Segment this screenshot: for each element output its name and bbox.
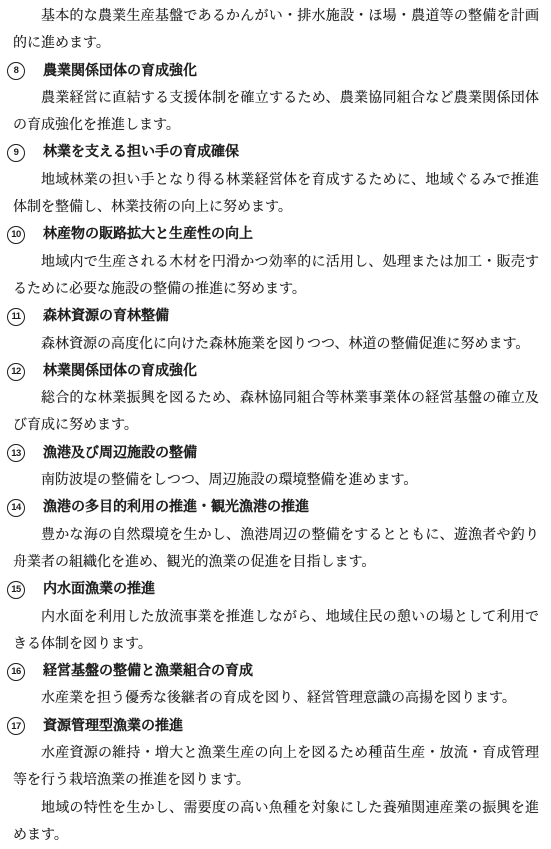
item-paragraph: 総合的な林業振興を図るため、森林協同組合等林業事業体の経営基盤の確立及び育成に努…: [13, 385, 539, 440]
item-heading: 9 林業を支える担い手の育成確保: [7, 139, 539, 166]
item-heading: 8 農業関係団体の育成強化: [7, 58, 539, 85]
item-paragraph: 水産業を担う優秀な後継者の育成を図り、経営管理意識の高揚を図ります。: [13, 685, 539, 712]
intro-paragraph: 基本的な農業生産基盤であるかんがい・排水施設・ほ場・農道等の整備を計画的に進めま…: [13, 3, 539, 58]
item-title: 漁港の多目的利用の推進・観光漁港の推進: [43, 494, 309, 521]
list-item: 12 林業関係団体の育成強化 総合的な林業振興を図るため、森林協同組合等林業事業…: [13, 358, 539, 440]
items-list: 8 農業関係団体の育成強化 農業経営に直結する支援体制を確立するため、農業協同組…: [13, 58, 539, 849]
circled-number: 16: [7, 663, 25, 681]
document-page: 基本的な農業生産基盤であるかんがい・排水施設・ほ場・農道等の整備を計画的に進めま…: [0, 0, 551, 849]
item-paragraph: 地域林業の担い手となり得る林業経営体を育成するために、地域ぐるみで推進体制を整備…: [13, 167, 539, 222]
item-title: 林業関係団体の育成強化: [43, 358, 197, 385]
item-heading: 14 漁港の多目的利用の推進・観光漁港の推進: [7, 494, 539, 521]
circled-number: 14: [7, 499, 25, 517]
list-item: 11 森林資源の育林整備 森林資源の高度化に向けた森林施業を図りつつ、林道の整備…: [13, 303, 539, 358]
item-title: 内水面漁業の推進: [43, 576, 155, 603]
list-item: 9 林業を支える担い手の育成確保 地域林業の担い手となり得る林業経営体を育成する…: [13, 139, 539, 221]
list-item: 16 経営基盤の整備と漁業組合の育成 水産業を担う優秀な後継者の育成を図り、経営…: [13, 658, 539, 713]
list-item: 15 内水面漁業の推進 内水面を利用した放流事業を推進しながら、地域住民の憩いの…: [13, 576, 539, 658]
item-paragraph: 内水面を利用した放流事業を推進しながら、地域住民の憩いの場として利用できる体制を…: [13, 604, 539, 659]
item-title: 経営基盤の整備と漁業組合の育成: [43, 658, 253, 685]
item-heading: 11 森林資源の育林整備: [7, 303, 539, 330]
item-paragraph: 南防波堤の整備をしつつ、周辺施設の環境整備を進めます。: [13, 467, 539, 494]
item-paragraph: 水産資源の維持・増大と漁業生産の向上を図るため種苗生産・放流・育成管理等を行う栽…: [13, 740, 539, 795]
item-heading: 10 林産物の販路拡大と生産性の向上: [7, 221, 539, 248]
circled-number: 17: [7, 717, 25, 735]
item-title: 漁港及び周辺施設の整備: [43, 440, 197, 467]
circled-number: 12: [7, 363, 25, 381]
list-item: 17 資源管理型漁業の推進 水産資源の維持・増大と漁業生産の向上を図るため種苗生…: [13, 713, 539, 849]
item-title: 資源管理型漁業の推進: [43, 713, 183, 740]
circled-number: 8: [7, 62, 25, 80]
item-heading: 12 林業関係団体の育成強化: [7, 358, 539, 385]
item-title: 森林資源の育林整備: [43, 303, 169, 330]
item-title: 林業を支える担い手の育成確保: [43, 139, 239, 166]
circled-number: 11: [7, 308, 25, 326]
circled-number: 15: [7, 581, 25, 599]
item-paragraph: 豊かな海の自然環境を生かし、漁港周辺の整備をするとともに、遊漁者や釣り舟業者の組…: [13, 522, 539, 577]
item-heading: 16 経営基盤の整備と漁業組合の育成: [7, 658, 539, 685]
item-title: 農業関係団体の育成強化: [43, 58, 197, 85]
list-item: 8 農業関係団体の育成強化 農業経営に直結する支援体制を確立するため、農業協同組…: [13, 58, 539, 140]
circled-number: 9: [7, 144, 25, 162]
circled-number: 13: [7, 444, 25, 462]
item-heading: 15 内水面漁業の推進: [7, 576, 539, 603]
item-paragraph: 地域の特性を生かし、需要度の高い魚種を対象にした養殖関連産業の振興を進めます。: [13, 795, 539, 849]
item-paragraph: 森林資源の高度化に向けた森林施業を図りつつ、林道の整備促進に努めます。: [13, 331, 539, 358]
list-item: 14 漁港の多目的利用の推進・観光漁港の推進 豊かな海の自然環境を生かし、漁港周…: [13, 494, 539, 576]
item-paragraph: 農業経営に直結する支援体制を確立するため、農業協同組合など農業関係団体の育成強化…: [13, 85, 539, 140]
list-item: 10 林産物の販路拡大と生産性の向上 地域内で生産される木材を円滑かつ効率的に活…: [13, 221, 539, 303]
item-heading: 17 資源管理型漁業の推進: [7, 713, 539, 740]
circled-number: 10: [7, 226, 25, 244]
item-heading: 13 漁港及び周辺施設の整備: [7, 440, 539, 467]
item-title: 林産物の販路拡大と生産性の向上: [43, 221, 253, 248]
item-paragraph: 地域内で生産される木材を円滑かつ効率的に活用し、処理または加工・販売するために必…: [13, 249, 539, 304]
list-item: 13 漁港及び周辺施設の整備 南防波堤の整備をしつつ、周辺施設の環境整備を進めま…: [13, 440, 539, 495]
